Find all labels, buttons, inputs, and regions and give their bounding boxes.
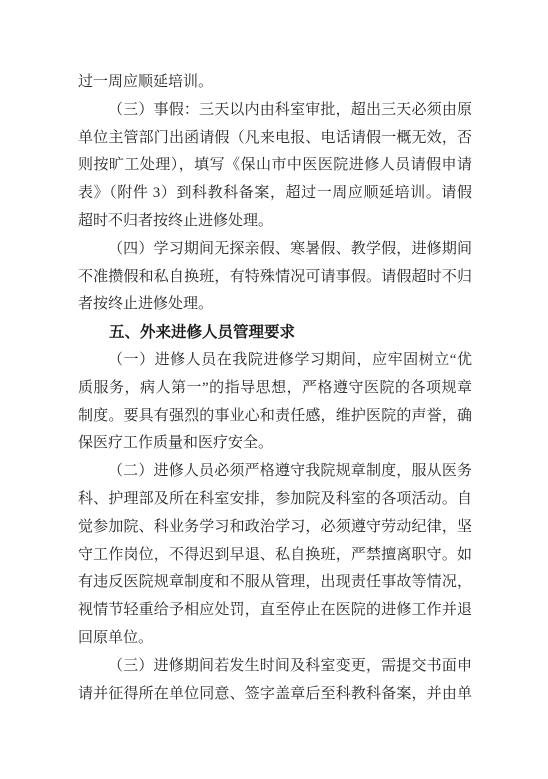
document-page: 过一周应顺延培训。 （三）事假：三天以内由科室审批，超出三天必须由原 单位主管部… (0, 0, 548, 779)
document-line: 过一周应顺延培训。 (78, 69, 472, 97)
section-heading: 五、外来进修人员管理要求 (78, 319, 472, 347)
document-line: 有违反医院规章制度和不服从管理，出现责任事故等情况， (78, 569, 472, 597)
document-line: 守工作岗位，不得迟到早退、私自换班，严禁擅离职守。如 (78, 542, 472, 570)
document-line: 保医疗工作质量和医疗安全。 (78, 430, 472, 458)
document-line: （二）进修人员必须严格遵守我院规章制度，服从医务 (78, 458, 472, 486)
document-line: 超时不归者按终止进修处理。 (78, 208, 472, 236)
document-line: 请并征得所在单位同意、签字盖章后至科教科备案，并由单 (78, 681, 472, 709)
document-line: 表》（附件 3）到科教科备案，超过一周应顺延培训。请假 (78, 180, 472, 208)
document-line: 不准攒假和私自换班，有特殊情况可请事假。请假超时不归 (78, 264, 472, 292)
document-line: （三）事假：三天以内由科室审批，超出三天必须由原 (78, 97, 472, 125)
document-line: （四）学习期间无探亲假、寒暑假、教学假，进修期间 (78, 236, 472, 264)
document-text-block: 过一周应顺延培训。 （三）事假：三天以内由科室审批，超出三天必须由原 单位主管部… (78, 69, 472, 708)
document-line: （一）进修人员在我院进修学习期间，应牢固树立“优 (78, 347, 472, 375)
document-line: 制度。要具有强烈的事业心和责任感，维护医院的声誉，确 (78, 403, 472, 431)
document-line: （三）进修期间若发生时间及科室变更，需提交书面申 (78, 653, 472, 681)
document-line: 科、护理部及所在科室安排，参加院及科室的各项活动。自 (78, 486, 472, 514)
document-line: 单位主管部门出函请假（凡来电报、电话请假一概无效，否 (78, 125, 472, 153)
document-line: 质服务，病人第一”的指导思想，严格遵守医院的各项规章 (78, 375, 472, 403)
document-line: 者按终止进修处理。 (78, 291, 472, 319)
document-line: 觉参加院、科业务学习和政治学习，必须遵守劳动纪律，坚 (78, 514, 472, 542)
document-line: 则按旷工处理），填写《保山市中医医院进修人员请假申请 (78, 152, 472, 180)
document-line: 回原单位。 (78, 625, 472, 653)
document-line: 视情节轻重给予相应处罚，直至停止在医院的进修工作并退 (78, 597, 472, 625)
